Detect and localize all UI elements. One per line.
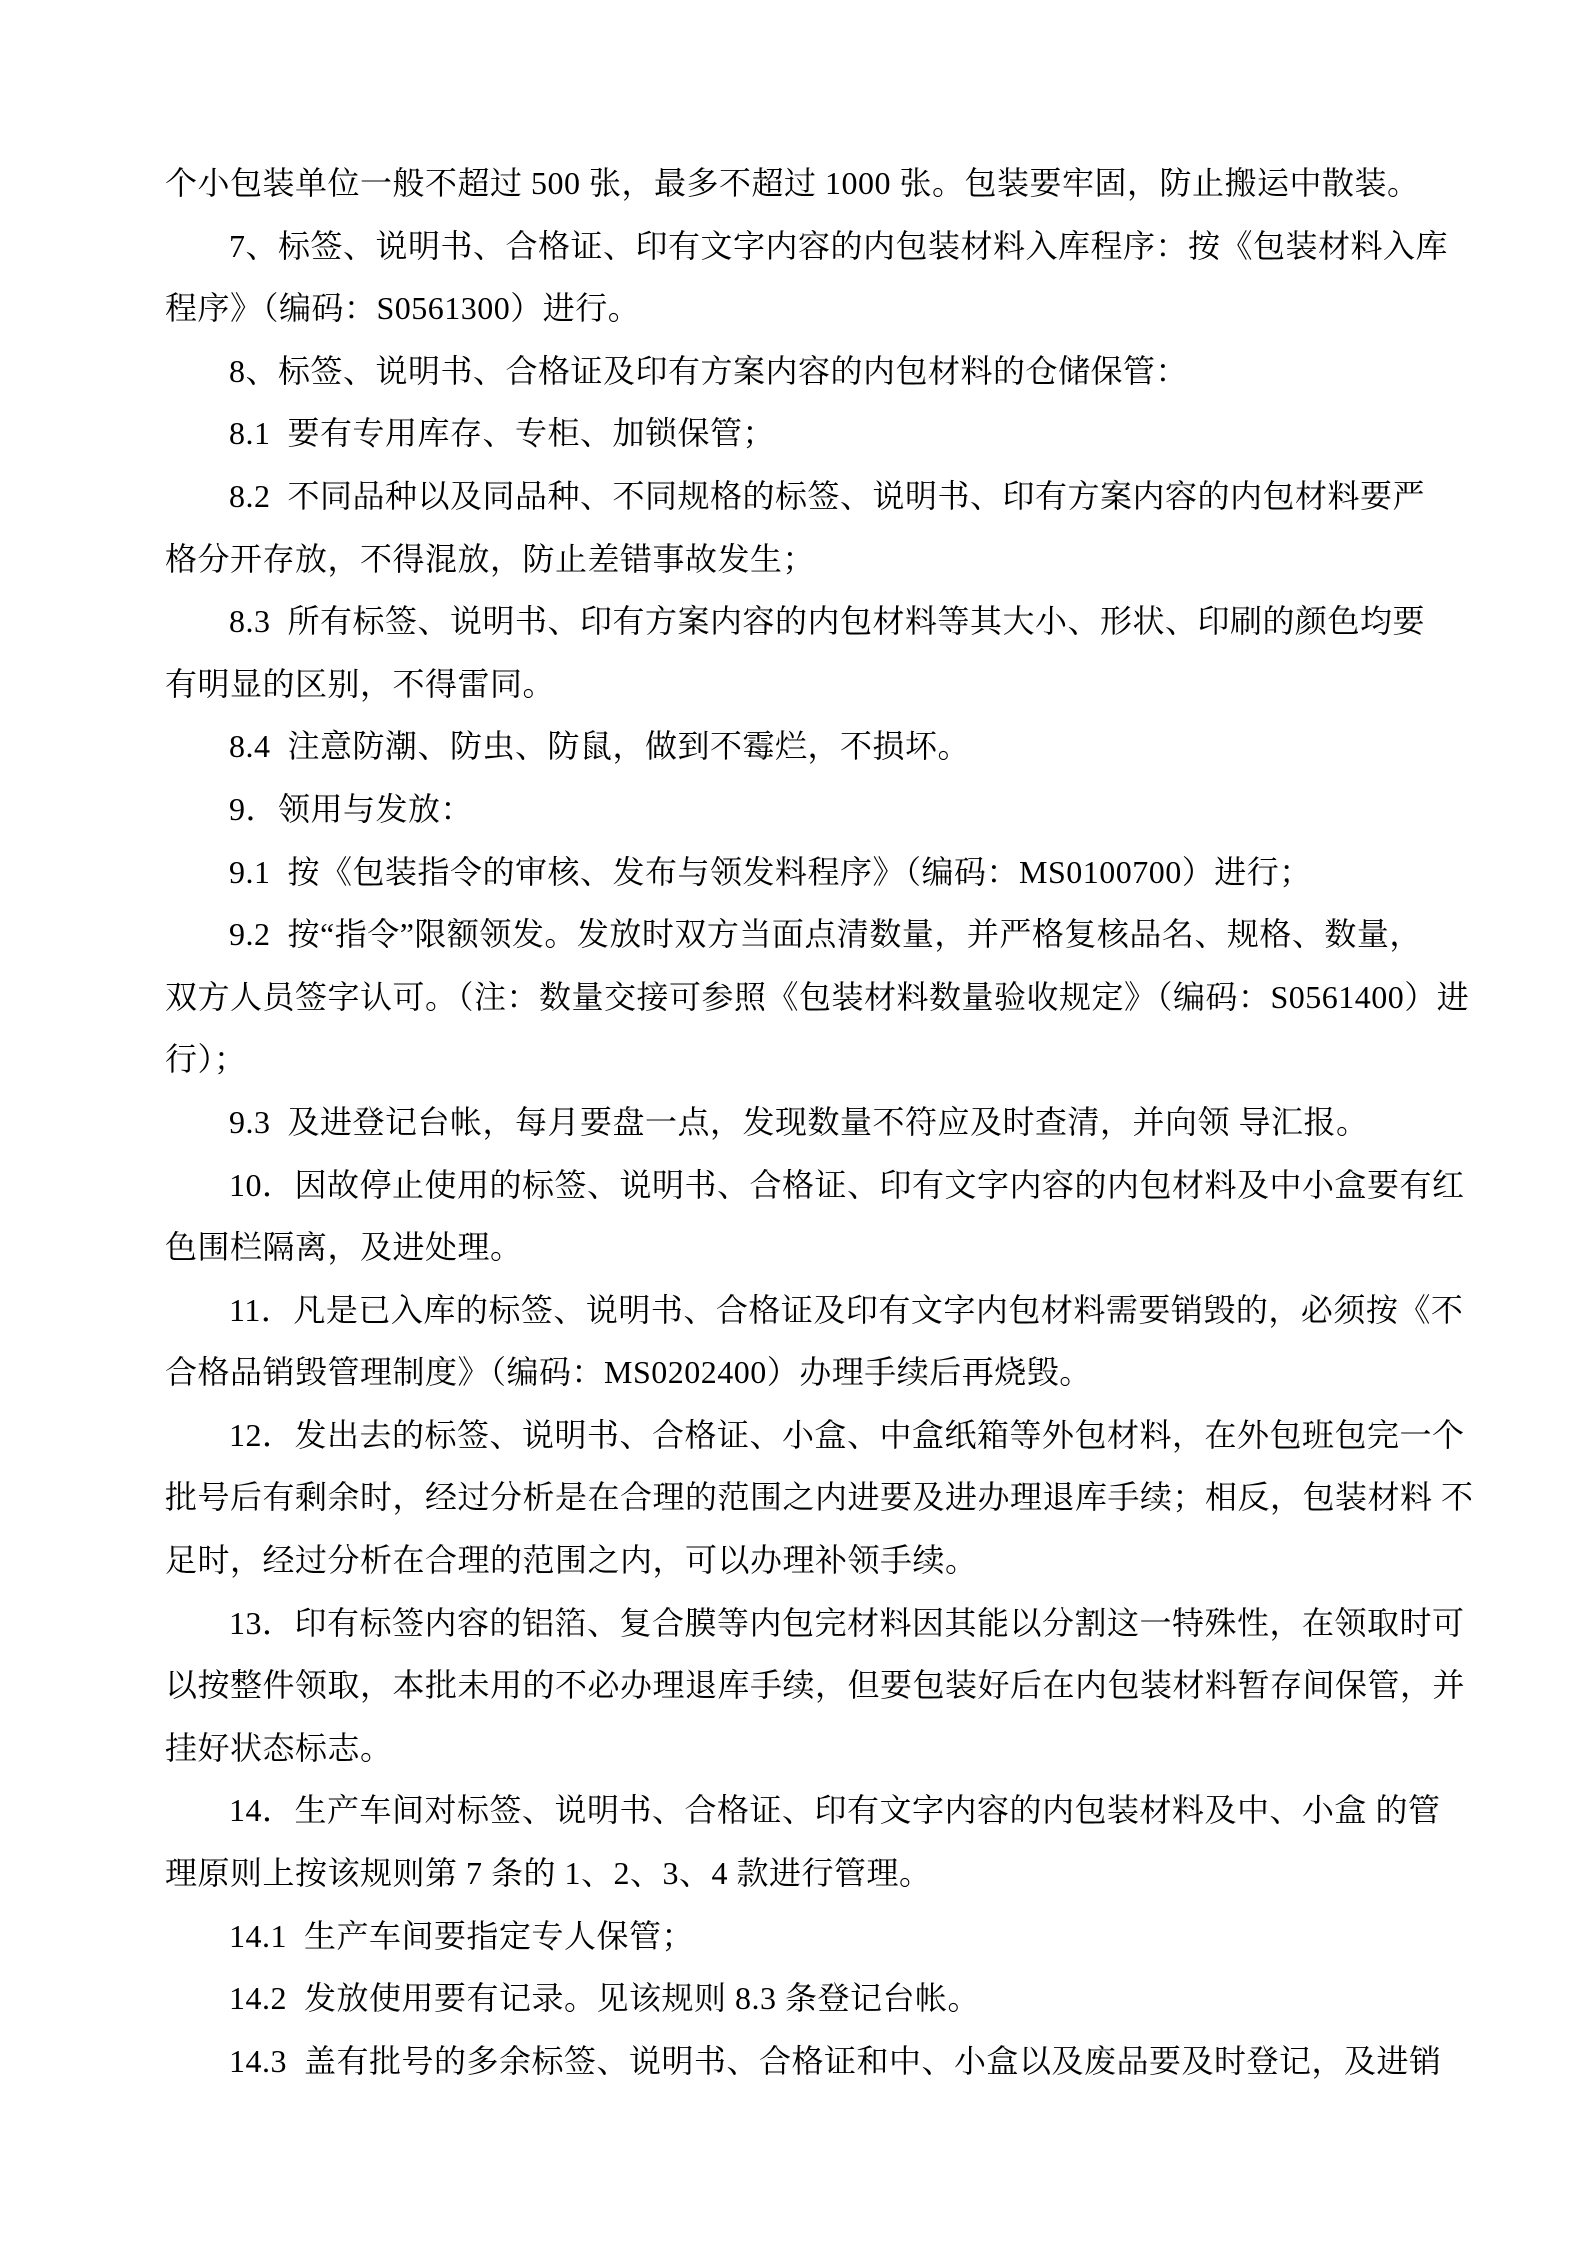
text-line: 双方人员签字认可。（注：数量交接可参照《包装材料数量验收规定》（编码：S0561… bbox=[165, 966, 1487, 1029]
text-line: 格分开存放，不得混放，防止差错事故发生； bbox=[165, 528, 1487, 591]
text-line: 7、标签、说明书、合格证、印有文字内容的内包装材料入库程序：按《包装材料入库 bbox=[165, 215, 1487, 278]
text-line: 个小包装单位一般不超过 500 张，最多不超过 1000 张。包装要牢固，防止搬… bbox=[165, 152, 1487, 215]
text-line: 行）； bbox=[165, 1028, 1487, 1091]
text-line: 14．生产车间对标签、说明书、合格证、印有文字内容的内包装材料及中、小盒 的管 bbox=[165, 1779, 1487, 1842]
text-line: 14.2 发放使用要有记录。见该规则 8.3 条登记台帐。 bbox=[165, 1967, 1487, 2030]
text-line: 8.3 所有标签、说明书、印有方案内容的内包材料等其大小、形状、印刷的颜色均要 bbox=[165, 590, 1487, 653]
text-line: 程序》（编码：S0561300）进行。 bbox=[165, 277, 1487, 340]
text-line: 14.1 生产车间要指定专人保管； bbox=[165, 1905, 1487, 1968]
text-line: 8.4 注意防潮、防虫、防鼠，做到不霉烂，不损坏。 bbox=[165, 715, 1487, 778]
text-line: 13．印有标签内容的铝箔、复合膜等内包完材料因其能以分割这一特殊性，在领取时可 bbox=[165, 1592, 1487, 1655]
text-line: 8.2 不同品种以及同品种、不同规格的标签、说明书、印有方案内容的内包材料要严 bbox=[165, 465, 1487, 528]
text-line: 11．凡是已入库的标签、说明书、合格证及印有文字内包材料需要销毁的，必须按《不 bbox=[165, 1279, 1487, 1342]
document-page: 个小包装单位一般不超过 500 张，最多不超过 1000 张。包装要牢固，防止搬… bbox=[0, 0, 1587, 2245]
text-line: 14.3 盖有批号的多余标签、说明书、合格证和中、小盒以及废品要及时登记，及进销 bbox=[165, 2030, 1487, 2093]
text-line: 色围栏隔离，及进处理。 bbox=[165, 1216, 1487, 1279]
text-line: 9.1 按《包装指令的审核、发布与领发料程序》（编码：MS0100700）进行； bbox=[165, 841, 1487, 904]
text-line: 足时，经过分析在合理的范围之内，可以办理补领手续。 bbox=[165, 1529, 1487, 1592]
text-line: 9.3 及进登记台帐，每月要盘一点，发现数量不符应及时查清，并向领 导汇报。 bbox=[165, 1091, 1487, 1154]
text-line: 挂好状态标志。 bbox=[165, 1717, 1487, 1780]
text-line: 理原则上按该规则第 7 条的 1、2、3、4 款进行管理。 bbox=[165, 1842, 1487, 1905]
text-line: 8.1 要有专用库存、专柜、加锁保管； bbox=[165, 402, 1487, 465]
text-line: 10．因故停止使用的标签、说明书、合格证、印有文字内容的内包材料及中小盒要有红 bbox=[165, 1154, 1487, 1217]
text-line: 有明显的区别，不得雷同。 bbox=[165, 653, 1487, 716]
text-line: 批号后有剩余时，经过分析是在合理的范围之内进要及进办理退库手续；相反，包装材料 … bbox=[165, 1466, 1487, 1529]
text-line: 12．发出去的标签、说明书、合格证、小盒、中盒纸箱等外包材料，在外包班包完一个 bbox=[165, 1404, 1487, 1467]
text-line: 8、标签、说明书、合格证及印有方案内容的内包材料的仓储保管： bbox=[165, 340, 1487, 403]
text-line: 9.2 按“指令”限额领发。发放时双方当面点清数量，并严格复核品名、规格、数量， bbox=[165, 903, 1487, 966]
text-line: 合格品销毁管理制度》（编码：MS0202400）办理手续后再烧毁。 bbox=[165, 1341, 1487, 1404]
text-line: 9．领用与发放： bbox=[165, 778, 1487, 841]
text-line: 以按整件领取，本批未用的不必办理退库手续，但要包装好后在内包装材料暂存间保管，并 bbox=[165, 1654, 1487, 1717]
